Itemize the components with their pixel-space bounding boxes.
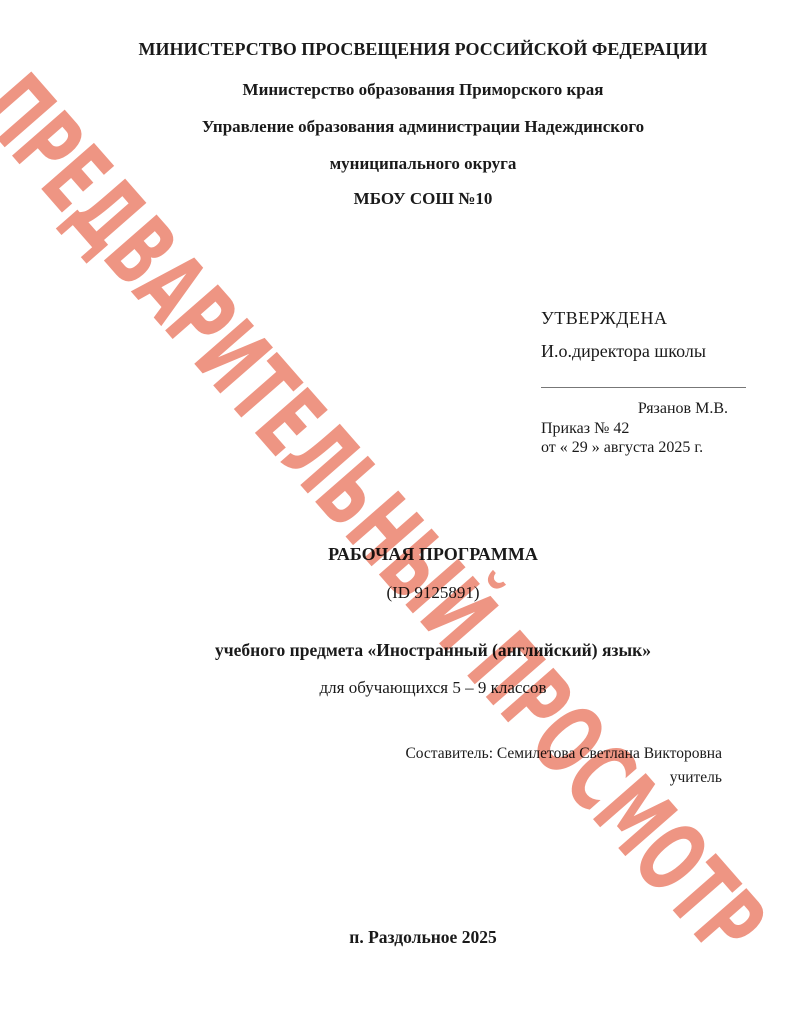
- approval-signer-name: Рязанов М.В.: [541, 400, 728, 418]
- footer-place-year: п. Раздольное 2025: [112, 927, 734, 948]
- composer-block: Составитель: Семилетова Светлана Викторо…: [405, 742, 722, 790]
- program-id: (ID 9125891): [124, 583, 742, 603]
- composer-name-line: Составитель: Семилетова Светлана Викторо…: [405, 742, 722, 766]
- signature-line: [541, 387, 746, 388]
- approval-order-number: Приказ № 42: [541, 420, 629, 438]
- approval-order-date: от « 29 » августа 2025 г.: [541, 439, 703, 457]
- program-title: РАБОЧАЯ ПРОГРАММА: [124, 544, 742, 565]
- header-municipal-okrug: муниципального округа: [112, 154, 734, 174]
- header-education-department: Управление образования администрации Над…: [112, 117, 734, 137]
- composer-role: учитель: [405, 766, 722, 790]
- header-ministry-regional: Министерство образования Приморского кра…: [112, 80, 734, 100]
- header-ministry-federal: МИНИСТЕРСТВО ПРОСВЕЩЕНИЯ РОССИЙСКОЙ ФЕДЕ…: [112, 39, 734, 59]
- document-page: МИНИСТЕРСТВО ПРОСВЕЩЕНИЯ РОССИЙСКОЙ ФЕДЕ…: [0, 0, 800, 1024]
- approval-signer-role: И.о.директора школы: [541, 341, 706, 362]
- program-grades: для обучающихся 5 – 9 классов: [124, 678, 742, 698]
- approval-status: УТВЕРЖДЕНА: [541, 308, 668, 329]
- program-subject: учебного предмета «Иностранный (английск…: [124, 640, 742, 661]
- header-school-name: МБОУ СОШ №10: [112, 189, 734, 209]
